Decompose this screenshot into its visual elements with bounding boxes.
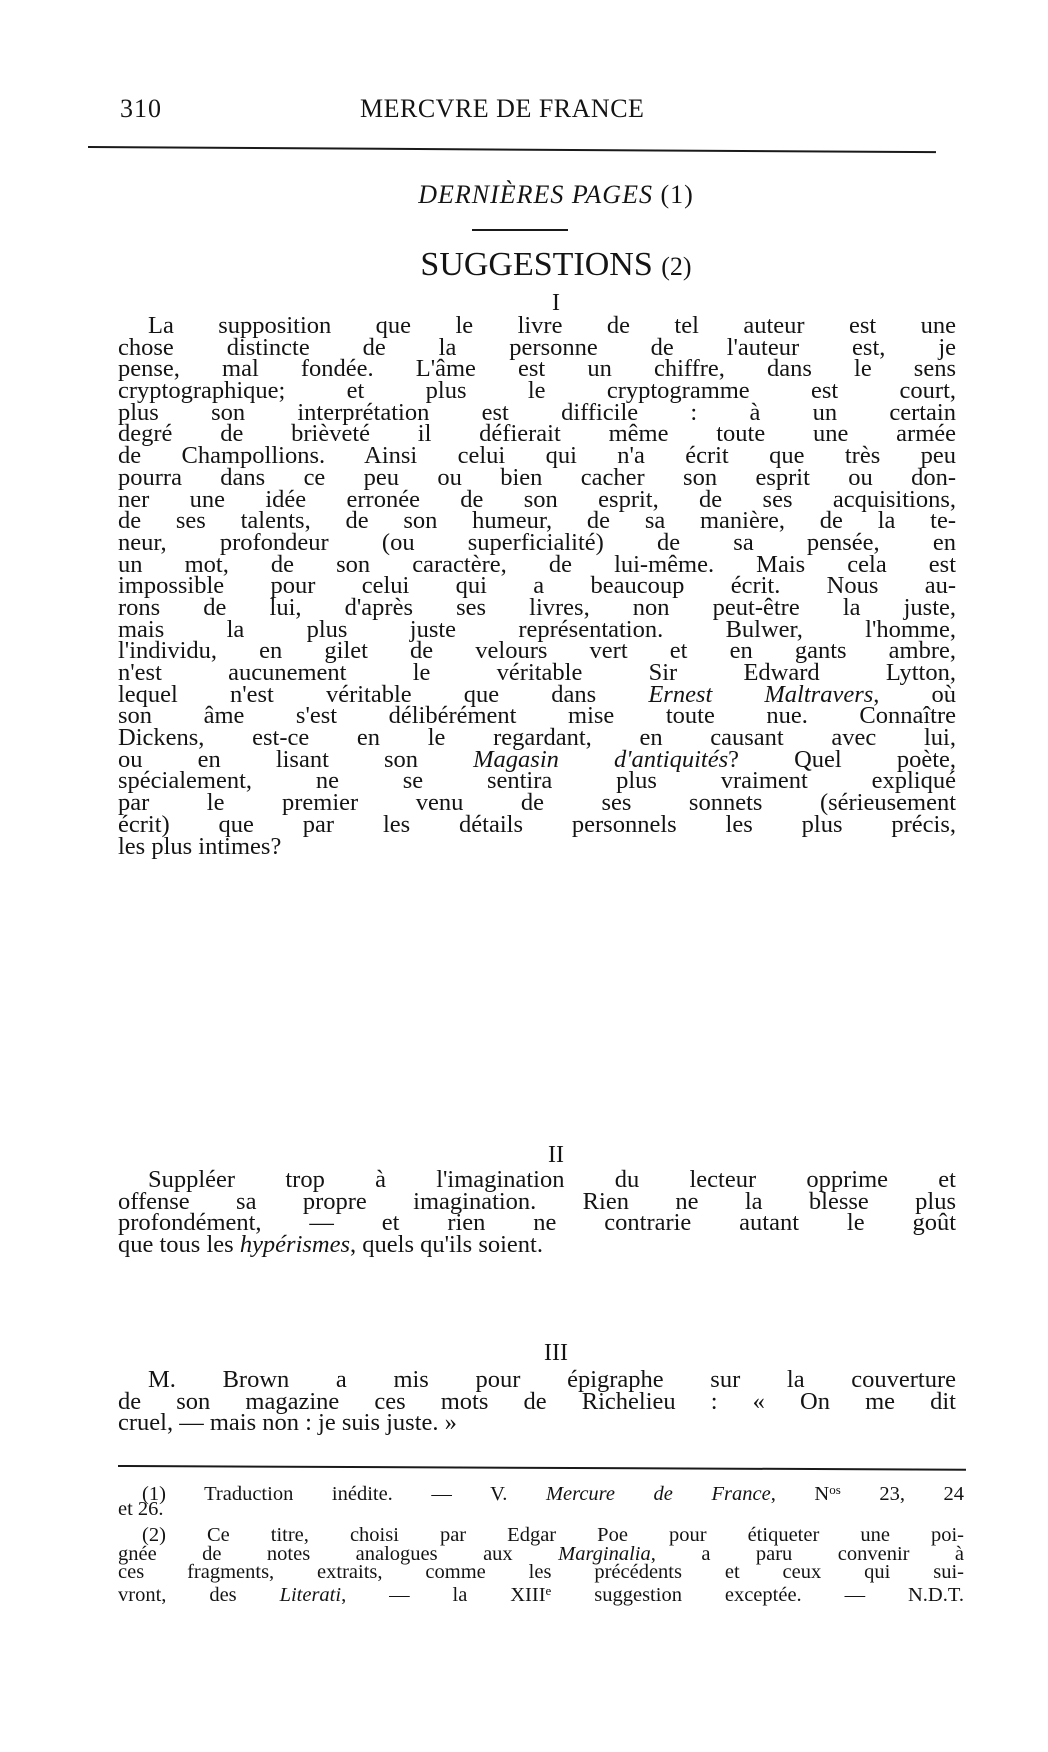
paragraph-part-1: La supposition que le livre de tel auteu… bbox=[118, 315, 956, 857]
header-rule bbox=[88, 146, 936, 153]
superscript: os bbox=[829, 1482, 841, 1497]
journal-italic: Mercure de France bbox=[546, 1483, 771, 1505]
footnote-2-line: ces fragments, extraits, comme les précé… bbox=[118, 1563, 964, 1582]
chapter-title-text: SUGGESTIONS bbox=[420, 246, 652, 283]
footnote-1-line: (1) Traduction inédite. — V. Mercure de … bbox=[118, 1481, 964, 1500]
text-segment: 23, 24 bbox=[841, 1483, 964, 1505]
section-footnote-ref: (1) bbox=[660, 180, 693, 209]
chapter-title: SUGGESTIONS (2) bbox=[110, 246, 956, 284]
text-line: que tous les hypérismes, quels qu'ils so… bbox=[118, 1234, 956, 1256]
footnotes: (1) Traduction inédite. — V. Mercure de … bbox=[118, 1481, 964, 1600]
text-segment: , — la XIII bbox=[341, 1584, 545, 1606]
paragraph-part-2: Suppléer trop à l'imagination du lecteur… bbox=[118, 1169, 956, 1256]
section-title-text: DERNIÈRES PAGES bbox=[418, 180, 653, 209]
footnote-rule bbox=[118, 1465, 966, 1471]
text-segment: suggestion exceptée. — N.D.T. bbox=[551, 1584, 964, 1606]
part-numeral-2: II bbox=[110, 1142, 956, 1169]
text-segment: , quels qu'ils soient. bbox=[350, 1231, 543, 1258]
page-number: 310 bbox=[120, 94, 162, 124]
part-numeral-3: III bbox=[110, 1340, 956, 1367]
footnote-2-line: vront, des Literati, — la XIIIe suggesti… bbox=[118, 1582, 964, 1601]
text-segment: que tous les bbox=[118, 1231, 234, 1258]
italic-title: Literati bbox=[280, 1584, 342, 1606]
title-separator-rule bbox=[472, 229, 568, 231]
chapter-footnote-ref: (2) bbox=[661, 252, 691, 281]
text-segment: , N bbox=[771, 1483, 830, 1505]
text-line: cruel, — mais non : je suis juste. » bbox=[118, 1412, 956, 1434]
journal-title: MERCVRE DE FRANCE bbox=[360, 94, 644, 124]
paragraph-part-3: M. Brown a mis pour épigraphe sur la cou… bbox=[118, 1369, 956, 1434]
section-title: DERNIÈRES PAGES (1) bbox=[110, 180, 956, 210]
text-segment: vront, des bbox=[118, 1584, 237, 1606]
text-line: les plus intimes? bbox=[118, 836, 956, 858]
italic-word: hypérismes bbox=[240, 1231, 350, 1258]
text-segment: Traduction inédite. — V. bbox=[204, 1483, 507, 1505]
running-head: 310 MERCVRE DE FRANCE bbox=[110, 92, 956, 126]
